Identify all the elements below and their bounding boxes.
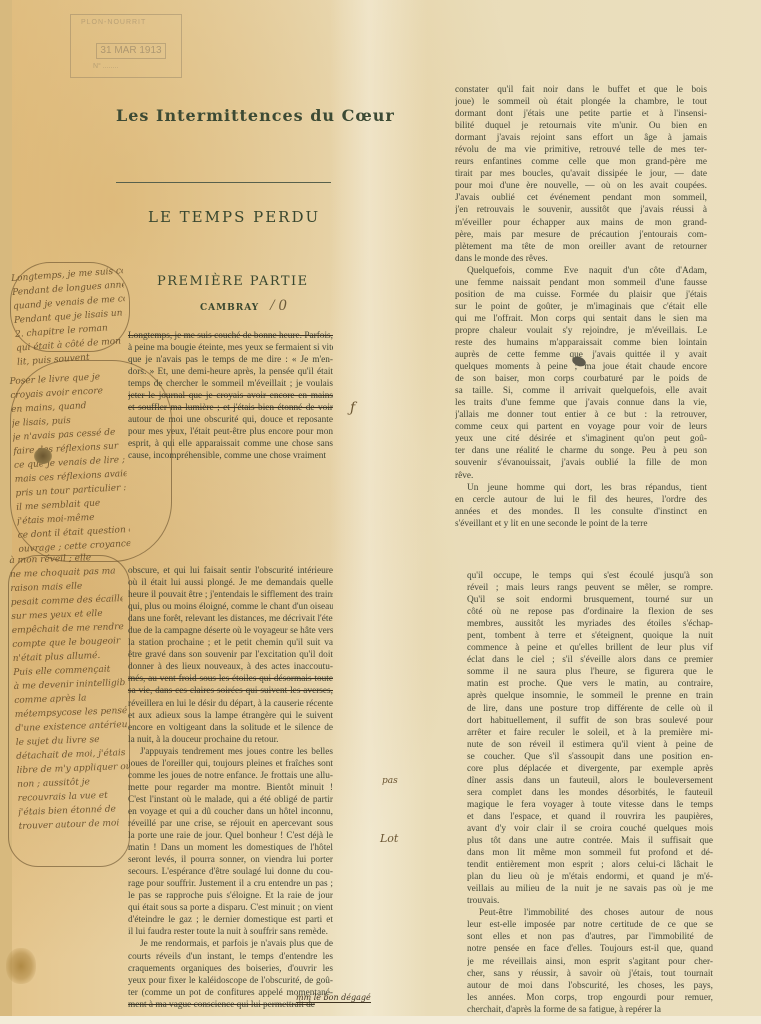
text-line: cherchait, d'après la forme de sa fatigu… [467, 1004, 713, 1016]
text-line: se coucher. Que s'il s'assoupit dans une… [467, 751, 713, 763]
text-line: due de la campagne déserte où le voyageu… [128, 625, 333, 637]
text-line: réveillé par une crise, se réjouit en ap… [128, 818, 333, 830]
part-title: PREMIÈRE PARTIE [157, 274, 309, 289]
text-line: le pas se rapproche puis s'éloigne. Et l… [128, 890, 333, 902]
text-line: je me réveillais ainsi, mon esprit s'agi… [467, 956, 713, 968]
text-line: dormant j'avais rejoint sans effort un â… [455, 132, 707, 144]
text-line: més, au vent froid sous les étoiles qui … [128, 673, 333, 685]
text-line: plètement ma tête de mon oreiller avant … [455, 241, 707, 253]
text-line: sera complet dans les mondes désorbités,… [467, 787, 713, 799]
text-line: de lire, dans une posture trop différent… [467, 703, 713, 715]
margin-mark-lot: Lot [380, 832, 398, 845]
text-line: dort habituellement, il suffit de son br… [467, 715, 713, 727]
text-line: sont elles et non pas d'autres, par l'im… [467, 931, 713, 943]
text-line: sa vie, dans ces claires soirées qui sui… [128, 685, 333, 697]
text-line: avant d'y voir clair il se croira couché… [467, 823, 713, 835]
margin-note-1: Longtemps, je me suis couchéPendant de l… [11, 264, 130, 370]
text-line: position de ma cuisse. Formée du plaisir… [455, 289, 707, 301]
text-line: heure il pouvait être ; j'entendais le s… [128, 589, 333, 601]
text-line: qu'il occupe, le temps qui s'est écoulé … [467, 570, 713, 582]
text-line: que je n'avais pas le temps de me dire :… [128, 354, 333, 366]
paper-bottom-edge [0, 1016, 761, 1024]
text-line: révolu de ma vie primitive, retrouvé tel… [455, 144, 707, 156]
text-line: obscure, et qui lui faisait sentir l'obs… [128, 565, 333, 577]
text-line: qui était sous sa porte a disparu. C'est… [128, 902, 333, 914]
text-line: la porte une raie de jour. Quel bonheur … [128, 830, 333, 842]
book-title: LE TEMPS PERDU [148, 208, 320, 226]
text-line: dans mon lit même mon sommeil fut profon… [467, 847, 713, 859]
text-line: à peine ma bougie éteinte, mes yeux se f… [128, 342, 333, 354]
text-line: pour moi d'une ère nouvelle, — où on les… [455, 180, 707, 192]
text-line: veillais au milieu de la nuit je ne sava… [467, 883, 713, 895]
text-line: pent, tombent à terre et s'éteignent, qu… [467, 630, 713, 642]
text-line: mette pour regarder ma montre. Bientôt m… [128, 782, 333, 794]
handwritten-signature: mm le bon dégagé [296, 993, 371, 1003]
text-line: rêve. [455, 470, 707, 482]
text-line: il lui faudra rester toute la nuit à sou… [128, 926, 333, 938]
text-line: core plus déplacée et divergente, par ex… [467, 763, 713, 775]
text-line: la nuit, à la douceur prochaine du retou… [128, 734, 333, 746]
text-line: les années. Mon corps, trop engourdi pou… [467, 992, 713, 1004]
right-column-bottom: qu'il occupe, le temps qui s'est écoulé … [467, 570, 713, 1016]
ink-blot-stain [34, 448, 52, 464]
text-line: et dans l'espace, et quand il rouvrira l… [467, 811, 713, 823]
right-column-top: constater qu'il fait noir dans le buffet… [455, 84, 707, 530]
text-line: Qu'il se soit endormi brusquement, tourn… [467, 594, 713, 606]
text-line: en cercle autour de lui le fil des heure… [455, 494, 707, 506]
text-line: joue) le sommeil où était plongée la cha… [455, 96, 707, 108]
stamp-bottom-text: N° ........ [93, 63, 118, 70]
text-line: j'allais me donner tout entier à ce but … [455, 409, 707, 421]
text-line: courts réveils d'un instant, le temps d'… [128, 951, 333, 963]
text-line: reurs enfantines comme celle que mon gra… [455, 156, 707, 168]
text-line: J'avais oublié cet événement pendant mon… [455, 192, 707, 204]
text-line: seront levés, il pourra sonner, on viend… [128, 854, 333, 866]
text-line: les traits d'une femme que j'avais connu… [455, 397, 707, 409]
text-line: propre chaleur voulait s'y rejoindre, je… [455, 325, 707, 337]
text-line: Longtemps, je me suis couché de bonne he… [128, 330, 333, 342]
margin-mark-check: ƒ [350, 400, 355, 416]
text-line: être gravé dans son souvenir par l'excit… [128, 649, 333, 661]
margin-note-2: Poser le livre que jecroyais avoir encor… [9, 369, 130, 557]
text-line: rage pour souffrir. Justement il a cru e… [128, 878, 333, 890]
text-line: C'est l'instant où le malade, qui a été … [128, 794, 333, 806]
text-line: j'en retrouvais le souvenir, aussitôt qu… [455, 204, 707, 216]
text-line: réveillera en lui le désir du départ, à … [128, 698, 333, 710]
text-line: d'éteindre le gaz ; le dernier domestiqu… [128, 914, 333, 926]
text-line: de son baiser, mon corps courbaturé par … [455, 373, 707, 385]
text-line: matin est proche. Que vers le matin, au … [467, 678, 713, 690]
chapter-title: CAMBRAY [200, 303, 259, 313]
header-rule [116, 182, 331, 183]
running-header-title: Les Intermittences du Cœur [116, 106, 346, 125]
text-line: dans une forêt, relevant les distances, … [128, 613, 333, 625]
text-line: reste des humains m'apparaissait comme b… [455, 337, 707, 349]
text-line: réveil ; mais leurs rangs peuvent se mêl… [467, 582, 713, 594]
text-line: J'appuyais tendrement mes joues contre l… [128, 746, 333, 758]
text-line: en voyage et qui a dû coucher dans un hô… [128, 806, 333, 818]
text-line: matin ! Dans un moment les domestiques d… [128, 842, 333, 854]
text-line: dîner assis dans un fauteuil, alors le b… [467, 775, 713, 787]
handwritten-page-number: / 0 [270, 297, 286, 315]
text-line: sa taille. Si, comme il arrivait quelque… [455, 385, 707, 397]
text-line: sur le point de goûter, je m'imaginais q… [455, 301, 707, 313]
text-line: qui me l'offrait. Mon corps qui sentait … [455, 313, 707, 325]
text-line: et aux adieux sous la lampe étrangère qu… [128, 710, 333, 722]
text-line: yeux pour fixer le kaléidoscope de l'obs… [128, 975, 333, 987]
stamp-date: 31 MAR 1913 [96, 43, 166, 59]
text-line: nute de son réveil il estimera qu'il vie… [467, 739, 713, 751]
text-line: membres, aussitôt les myriades des étoil… [467, 618, 713, 630]
text-line: père, mais par mesure de précaution j'en… [455, 229, 707, 241]
text-line: une femme naissait pendant mon sommeil d… [455, 277, 707, 289]
text-line: Peut-être l'immobilité des choses autour… [467, 907, 713, 919]
paper-fold [330, 0, 428, 1024]
text-line: joues de l'oreiller qui, toujours pleine… [128, 758, 333, 770]
text-line: plan du lieu où je m'étais endormi, et q… [467, 871, 713, 883]
text-line: constater qu'il fait noir dans le buffet… [455, 84, 707, 96]
text-line: magique le fera voyager à toute vitesse … [467, 799, 713, 811]
text-line: m'éveiller pour échapper aux mains de mo… [455, 217, 707, 229]
text-line: trouvais. [467, 895, 713, 907]
text-line: bilité duquel je retournais vite m'unir.… [455, 120, 707, 132]
text-line: la station prochaine ; et le petit chemi… [128, 637, 333, 649]
text-line: cher, sans y réussir, à savoir où j'étai… [467, 968, 713, 980]
archive-stamp: PLON-NOURRIT 31 MAR 1913 N° ........ [70, 14, 182, 78]
text-line: encore en voltigeant dans la solitude et… [128, 722, 333, 734]
text-line: ter dans une réalité le charme du songe.… [455, 445, 707, 457]
text-line: où il était lui aussi plongé. Je me dema… [128, 577, 333, 589]
text-line: commence à peine et qu'elles brillent de… [467, 642, 713, 654]
text-line: Je me rendormais, et parfois je n'avais … [128, 938, 333, 950]
text-line: tirait par mes boucles, qu'avait dissipé… [455, 168, 707, 180]
text-line: arrêter et faire reculer le soleil, et à… [467, 727, 713, 739]
text-line: dormant dont j'étais une petite partie e… [455, 108, 707, 120]
text-line: plus tôt dans une autre contrée. Mais il… [467, 835, 713, 847]
margin-note-3: à mon réveil ; ellene me choquait pas ma… [9, 550, 131, 834]
text-line: dors. » Et, une demi-heure après, la pen… [128, 366, 333, 378]
text-line: tendit entièrement mon esprit ; alors ce… [467, 859, 713, 871]
text-line: qui, plus ou moins éloigné, comme le cha… [128, 601, 333, 613]
text-line: comme les joues de notre enfance. Je fro… [128, 770, 333, 782]
text-line: années et des mondes. Il les consulte d'… [455, 506, 707, 518]
text-line: secours. L'espérance d'être soulagé lui … [128, 866, 333, 878]
text-line: notre pensée en face d'elles. Toujours e… [467, 943, 713, 955]
text-line: s'éveillant et y lit en une seconde le p… [455, 518, 707, 530]
text-line: éclat dans le ciel ; s'il s'éveille alor… [467, 654, 713, 666]
text-line: Quelquefois, comme Eve naquit d'un côte … [455, 265, 707, 277]
text-line: donner à des lieux nouveaux, à des actes… [128, 661, 333, 673]
text-line: somme il ne saura plus l'heure, se figur… [467, 666, 713, 678]
text-line: Un jeune homme qui dort, les bras répand… [455, 482, 707, 494]
text-line: autour de moi dans l'obscurité, les chos… [467, 980, 713, 992]
margin-mark-pas: pas [382, 776, 398, 786]
text-line: souvenir s'évanouissait, j'avais oublié … [455, 457, 707, 469]
text-line: leur est-elle imposée par notre certitud… [467, 919, 713, 931]
left-column-bottom: obscure, et qui lui faisait sentir l'obs… [128, 565, 333, 1011]
text-line: craquements organiques des boiseries, d'… [128, 963, 333, 975]
text-line: après quelque insomnie, le sommeil le pr… [467, 690, 713, 702]
text-line: comme ceux qui partent en voyage pour vo… [455, 421, 707, 433]
text-line: dans le monde des rêves. [455, 253, 707, 265]
paper-stain [6, 948, 36, 984]
text-line: yeux une cité désirée et s'imaginent qu'… [455, 433, 707, 445]
text-line: côté où ne repose pas d'ordinaire la fle… [467, 606, 713, 618]
stamp-top-text: PLON-NOURRIT [81, 19, 146, 26]
